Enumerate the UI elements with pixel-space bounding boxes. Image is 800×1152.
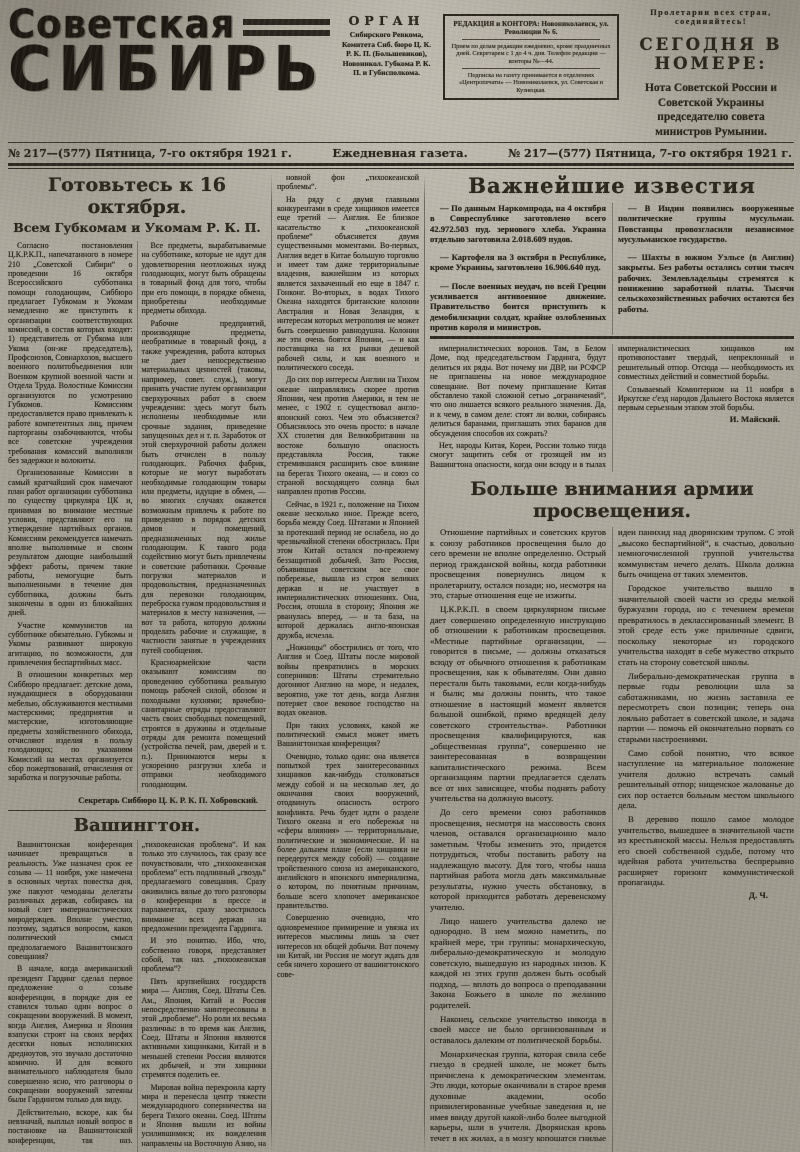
body-paragraph: На ряду с двумя главными конкурентами в … xyxy=(277,195,419,373)
body-paragraph: И это понятно. Ибо, что, собственно гово… xyxy=(142,936,267,973)
washington-body: Вашингтонская конференция начинает превр… xyxy=(8,840,266,1152)
body-paragraph: В отношении конкретных мер Сиббюро предл… xyxy=(8,670,133,782)
news-item: — После военных неудач, по всей Греции у… xyxy=(430,281,606,332)
body-paragraph: Все предметы, вырабатываемые на субботни… xyxy=(142,241,267,316)
maisky-signature: И. Майский. xyxy=(618,415,780,424)
body-paragraph: Городское учительство вышло в значительн… xyxy=(618,583,794,667)
office-box-divider xyxy=(462,68,600,69)
section-divider-rule xyxy=(8,810,266,811)
subbotnik-headline: Готовьтесь к 16 октября. xyxy=(8,174,266,218)
prosvet-paragraphs: Отношение партийных и советских кругов к… xyxy=(430,527,794,1152)
washington-continuation: новной фон „тихоокеанской проблемы“.На р… xyxy=(277,173,419,1152)
office-box-divider xyxy=(462,39,600,40)
body-paragraph: Красноармейские части оказывают комиссия… xyxy=(142,658,267,789)
today-in-issue-block: Пролетарии всех стран, соединяйтесь! СЕГ… xyxy=(628,6,794,139)
daily-newspaper-label: Ежедневная газета. xyxy=(332,146,467,160)
news-items: — По данным Наркомпрода, на 4 октября в … xyxy=(430,203,794,335)
body-paragraph: Сейчас, в 1921 г., положение на Тихом ок… xyxy=(277,500,419,640)
column-rule xyxy=(271,173,272,1152)
thick-rule xyxy=(430,336,794,339)
body-paragraph: Очевидно, только один: она является попы… xyxy=(277,752,419,911)
body-paragraph: Совершенно очевидно, что одновременное п… xyxy=(277,913,419,978)
prosvet-signature: Д. Ч. xyxy=(618,890,768,901)
body-paragraph: В начале, когда американский президент Г… xyxy=(8,964,133,1104)
column-rule xyxy=(424,173,425,1152)
organ-label: ОРГАН xyxy=(339,16,434,25)
newspaper-title-logo: Советская СИБИРЬ xyxy=(8,6,330,95)
news-item: — Картофеля на 3 октября в Республике, к… xyxy=(430,252,606,273)
subbotnik-body: Согласно постановления Ц.К.Р.К.П., напеч… xyxy=(8,241,266,793)
proletarian-slogan: Пролетарии всех стран, соединяйтесь! xyxy=(628,8,794,26)
issue-number-right: № 217—(577) Пятница, 7-го октября 1921 г… xyxy=(508,147,792,160)
right-section: Важнейшие известия — По данным Наркомпро… xyxy=(430,173,794,1152)
body-paragraph: Либерально-демократическая группа в перв… xyxy=(618,671,794,745)
body-paragraph: Наконец, сельское учительство никогда в … xyxy=(430,1014,606,1046)
body-paragraph: империалистических воронов. Там, в Белом… xyxy=(430,344,606,438)
article-washington: Вашингтон. Вашингтонская конференция нач… xyxy=(8,813,266,1152)
body-paragraph: „Ножницы“ обострились от того, что Англи… xyxy=(277,643,419,718)
issue-number-left: № 217—(577) Пятница, 7-го октября 1921 г… xyxy=(8,147,292,160)
maisky-paragraphs: империалистических воронов. Там, в Белом… xyxy=(430,344,794,472)
body-paragraph: Участие коммунистов на субботнике обязат… xyxy=(8,621,133,668)
body-paragraph: Согласно постановления Ц.К.Р.К.П., напеч… xyxy=(8,241,133,465)
body-paragraph: Пять крупнейших государств мира — Англия… xyxy=(142,977,267,1080)
body-paragraph: Организованные Комиссии в самый кратчайш… xyxy=(8,468,133,618)
body-paragraph: новной фон „тихоокеанской проблемы“. xyxy=(277,173,419,192)
body-paragraph: Ц.К.Р.К.П. в своем циркулярном письме да… xyxy=(430,604,606,804)
middle-column: новной фон „тихоокеанской проблемы“.На р… xyxy=(277,173,419,1152)
office-subscription: Подписка на газету принимается в отделен… xyxy=(450,72,612,95)
newspaper-page: Советская СИБИРЬ ОРГАН Сибирского Ревком… xyxy=(0,0,800,1152)
subbotnik-signature: Секретарь Сиббюро Ц. К. Р. К. П. Хобровс… xyxy=(8,795,258,805)
masthead: Советская СИБИРЬ ОРГАН Сибирского Ревком… xyxy=(8,6,794,169)
news-item: — В Индии появились вооруженные политиче… xyxy=(618,203,794,244)
body-paragraph: Само собой понятно, что всякое наступлен… xyxy=(618,748,794,811)
page-content: Готовьтесь к 16 октября. Всем Губкомам и… xyxy=(8,169,794,1152)
dateline: № 217—(577) Пятница, 7-го октября 1921 г… xyxy=(8,143,794,163)
office-hours: Прием по делам редакции ежедневно, кроме… xyxy=(450,43,612,66)
body-paragraph: В деревню пошло самое молодое учительств… xyxy=(618,814,794,888)
title-line2: СИБИРЬ xyxy=(8,41,330,96)
body-paragraph: Созываемый Коминтерном на 11 ноября в Ир… xyxy=(618,385,794,413)
body-paragraph: При таких условиях, какой же политически… xyxy=(277,721,419,749)
body-paragraph: Отношение партийных и советских кругов к… xyxy=(430,527,606,601)
office-address: РЕДАКЦИЯ и КОНТОРА: Новониколаевск, ул. … xyxy=(450,20,612,37)
maisky-article-end: империалистических воронов. Там, в Белом… xyxy=(430,344,794,472)
body-paragraph: Рабочие предприятий, производящие предме… xyxy=(142,319,267,655)
organ-block: ОРГАН Сибирского Ревкома, Комитета Сиб. … xyxy=(339,6,434,77)
washington-headline: Вашингтон. xyxy=(8,815,266,836)
today-in-issue-text: Нота Советской России и Советской Украин… xyxy=(628,81,794,139)
prosvet-body: Отношение партийных и советских кругов к… xyxy=(430,527,794,1152)
today-in-issue-label: СЕГОДНЯ В НОМЕРЕ: xyxy=(628,35,794,73)
news-item: — Шахты в южном Уэльсе (в Англии) закрыт… xyxy=(618,252,794,314)
article-subbotnik: Готовьтесь к 16 октября. Всем Губкомам и… xyxy=(8,173,266,807)
body-paragraph: До сих пор интересы Англии на Тихом океа… xyxy=(277,375,419,496)
body-paragraph: Вашингтонская конференция начинает превр… xyxy=(8,840,133,961)
left-section: Готовьтесь к 16 октября. Всем Губкомам и… xyxy=(8,173,266,1152)
subbotnik-subhead: Всем Губкомам и Укомам Р. К. П. xyxy=(8,220,266,235)
body-paragraph: До сего времени союз работников просвеще… xyxy=(430,807,606,912)
prosvet-headline: Больше внимания армии просвещения. xyxy=(438,478,786,522)
news-headline: Важнейшие известия xyxy=(430,173,794,198)
body-paragraph: Лицо нашего учительства далеко не одноро… xyxy=(430,916,606,1011)
news-item: — По данным Наркомпрода, на 4 октября в … xyxy=(430,203,606,244)
organ-text: Сибирского Ревкома, Комитета Сиб. бюро Ц… xyxy=(339,30,434,77)
editorial-office-box: РЕДАКЦИЯ и КОНТОРА: Новониколаевск, ул. … xyxy=(443,14,619,100)
